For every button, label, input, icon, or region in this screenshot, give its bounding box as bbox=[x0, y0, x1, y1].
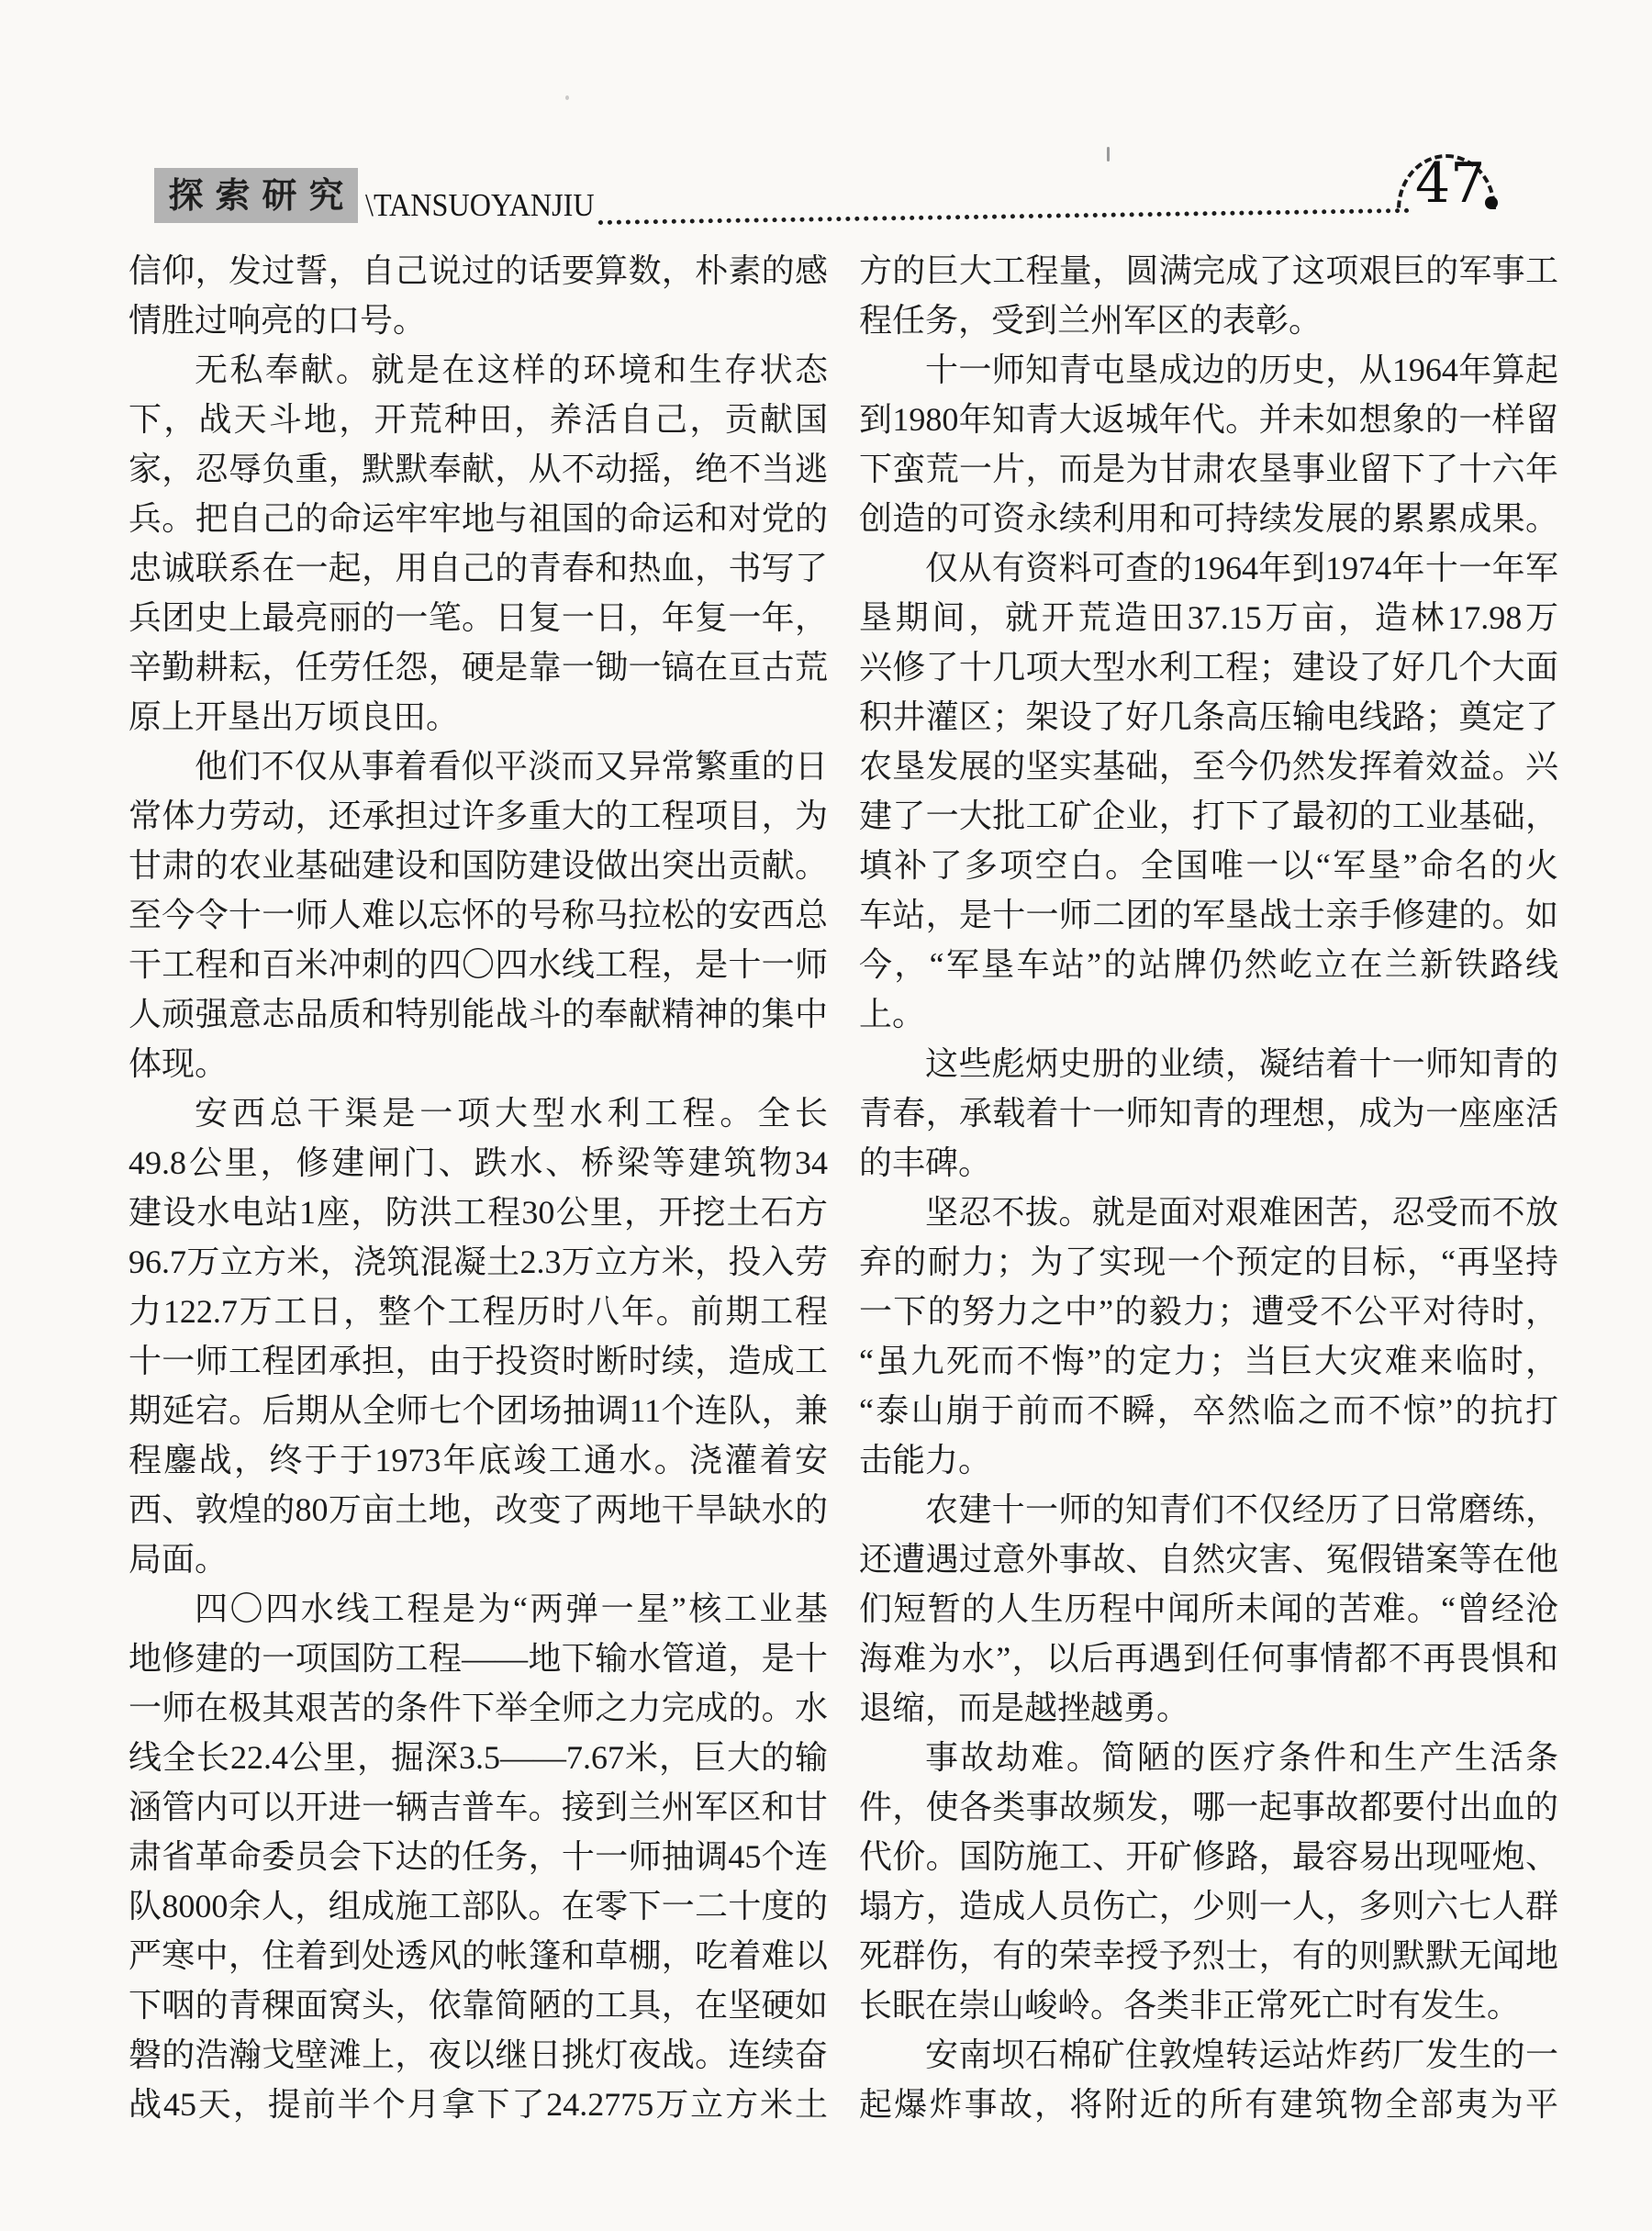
section-romanized: \TANSUOYANJIU bbox=[365, 187, 595, 224]
text-line: 创造的可资永续利用和可持续发展的累累成果。 bbox=[859, 494, 1558, 543]
text-line: 体现。 bbox=[128, 1039, 828, 1088]
text-line: 农垦发展的坚实基础，至今仍然发挥着效益。兴 bbox=[859, 742, 1558, 791]
text-line: 严寒中，住着到处透风的帐篷和草棚，吃着难以 bbox=[128, 1931, 828, 1980]
text-line: 磐的浩瀚戈壁滩上，夜以继日挑灯夜战。连续奋 bbox=[128, 2030, 828, 2080]
text-line: 49.8公里，修建闸门、跌水、桥梁等建筑物34座， bbox=[128, 1138, 828, 1188]
text-line: 到1980年知青大返城年代。并未如想象的一样留 bbox=[859, 395, 1558, 444]
text-line: 安西总干渠是一项大型水利工程。全长 bbox=[128, 1088, 828, 1138]
text-line: 情胜过响亮的口号。 bbox=[128, 296, 828, 345]
text-line: 农建十一师的知青们不仅经历了日常磨练， bbox=[859, 1485, 1558, 1534]
text-line: 干工程和百米冲刺的四〇四水线工程，是十一师 bbox=[128, 940, 828, 989]
text-line: 下，战天斗地，开荒种田，养活自己，贡献国 bbox=[128, 395, 828, 444]
text-line: 线全长22.4公里，掘深3.5——7.67米，巨大的输水 bbox=[128, 1733, 828, 1782]
text-line: 垦期间，就开荒造田37.15万亩，造林17.98万亩； bbox=[859, 593, 1558, 642]
text-line: 十一师工程团承担，由于投资时断时续，造成工 bbox=[128, 1336, 828, 1386]
text-line: 击能力。 bbox=[859, 1435, 1558, 1485]
text-line: 死群伤，有的荣幸授予烈士，有的则默默无闻地 bbox=[859, 1931, 1558, 1980]
text-line: 退缩，而是越挫越勇。 bbox=[859, 1683, 1558, 1733]
text-line: 事故劫难。简陋的医疗条件和生产生活条 bbox=[859, 1733, 1558, 1782]
text-line: 的丰碑。 bbox=[859, 1138, 1558, 1188]
text-line: 方的巨大工程量，圆满完成了这项艰巨的军事工 bbox=[859, 246, 1558, 296]
text-line: 十一师知青屯垦成边的历史，从1964年算起 bbox=[859, 345, 1558, 395]
text-line: 程鏖战，终于于1973年底竣工通水。浇灌着安 bbox=[128, 1435, 828, 1485]
text-line: 仅从有资料可查的1964年到1974年十一年军 bbox=[859, 543, 1558, 593]
text-line: 一下的努力之中”的毅力；遭受不公平对待时， bbox=[859, 1287, 1558, 1336]
text-line: 他们不仅从事着看似平淡而又异常繁重的日 bbox=[128, 742, 828, 791]
text-line: 四〇四水线工程是为“两弹一星”核工业基 bbox=[128, 1584, 828, 1634]
text-line: 坚忍不拔。就是面对艰难困苦，忍受而不放 bbox=[859, 1188, 1558, 1237]
text-line: 们短暂的人生历程中闻所未闻的苦难。“曾经沧 bbox=[859, 1584, 1558, 1634]
page-number-dot-icon bbox=[1485, 196, 1498, 209]
text-line: 常体力劳动，还承担过许多重大的工程项目，为 bbox=[128, 791, 828, 841]
article-right-column: 方的巨大工程量，圆满完成了这项艰巨的军事工程任务，受到兰州军区的表彰。十一师知青… bbox=[859, 246, 1558, 2129]
text-line: 涵管内可以开进一辆吉普车。接到兰州军区和甘 bbox=[128, 1782, 828, 1832]
text-line: 甘肃的农业基础建设和国防建设做出突出贡献。 bbox=[128, 841, 828, 890]
text-line: 这些彪炳史册的业绩，凝结着十一师知青的 bbox=[859, 1039, 1558, 1088]
text-line: 辛勤耕耘，任劳任怨，硬是靠一锄一镐在亘古荒 bbox=[128, 642, 828, 692]
text-line: 人顽强意志品质和特别能战斗的奉献精神的集中 bbox=[128, 989, 828, 1039]
text-line: 兵。把自己的命运牢牢地与祖国的命运和对党的 bbox=[128, 494, 828, 543]
text-line: 安南坝石棉矿住敦煌转运站炸药厂发生的一 bbox=[859, 2030, 1558, 2080]
text-line: 下蛮荒一片，而是为甘肃农垦事业留下了十六年 bbox=[859, 444, 1558, 494]
text-line: 起爆炸事故，将附近的所有建筑物全部夷为平 bbox=[859, 2080, 1558, 2129]
article-left-column: 信仰，发过誓，自己说过的话要算数，朴素的感情胜过响亮的口号。无私奉献。就是在这样… bbox=[128, 246, 828, 2129]
text-line: 家，忍辱负重，默默奉献，从不动摇，绝不当逃 bbox=[128, 444, 828, 494]
scan-speck bbox=[565, 95, 569, 100]
text-line: 件，使各类事故频发，哪一起事故都要付出血的 bbox=[859, 1782, 1558, 1832]
text-line: 上。 bbox=[859, 989, 1558, 1039]
text-line: 今，“军垦车站”的站牌仍然屹立在兰新铁路线 bbox=[859, 940, 1558, 989]
text-line: 肃省革命委员会下达的任务，十一师抽调45个连 bbox=[128, 1832, 828, 1881]
text-line: 海难为水”，以后再遇到任何事情都不再畏惧和 bbox=[859, 1634, 1558, 1683]
text-line: 车站，是十一师二团的军垦战士亲手修建的。如 bbox=[859, 890, 1558, 940]
text-line: 填补了多项空白。全国唯一以“军垦”命名的火 bbox=[859, 841, 1558, 890]
text-line: 96.7万立方米，浇筑混凝土2.3万立方米，投入劳 bbox=[128, 1237, 828, 1287]
text-line: 忠诚联系在一起，用自己的青春和热血，书写了 bbox=[128, 543, 828, 593]
text-line: 建设水电站1座，防洪工程30公里，开挖土石方 bbox=[128, 1188, 828, 1237]
text-line: 期延宕。后期从全师七个团场抽调11个连队，兼 bbox=[128, 1386, 828, 1435]
text-line: 队8000余人，组成施工部队。在零下一二十度的 bbox=[128, 1881, 828, 1931]
text-line: 兴修了十几项大型水利工程；建设了好几个大面 bbox=[859, 642, 1558, 692]
text-line: 无私奉献。就是在这样的环境和生存状态 bbox=[128, 345, 828, 395]
text-line: 至今令十一师人难以忘怀的号称马拉松的安西总 bbox=[128, 890, 828, 940]
text-line: 建了一大批工矿企业，打下了最初的工业基础， bbox=[859, 791, 1558, 841]
text-line: 还遭遇过意外事故、自然灾害、冤假错案等在他 bbox=[859, 1534, 1558, 1584]
text-line: 兵团史上最亮丽的一笔。日复一日，年复一年， bbox=[128, 593, 828, 642]
text-line: 一师在极其艰苦的条件下举全师之力完成的。水 bbox=[128, 1683, 828, 1733]
text-line: 程任务，受到兰州军区的表彰。 bbox=[859, 296, 1558, 345]
text-line: 长眠在崇山峻岭。各类非正常死亡时有发生。 bbox=[859, 1980, 1558, 2030]
section-title: 探索研究 bbox=[168, 177, 355, 216]
text-line: 原上开垦出万顷良田。 bbox=[128, 692, 828, 742]
text-line: 塌方，造成人员伤亡，少则一人，多则六七人群 bbox=[859, 1881, 1558, 1931]
text-line: 弃的耐力；为了实现一个预定的目标，“再坚持 bbox=[859, 1237, 1558, 1287]
text-line: 局面。 bbox=[128, 1534, 828, 1584]
text-line: “泰山崩于前而不瞬，卒然临之而不惊”的抗打 bbox=[859, 1386, 1558, 1435]
dotted-leader-line bbox=[597, 172, 1410, 225]
scan-speck bbox=[1107, 147, 1110, 162]
text-line: 地修建的一项国防工程——地下输水管道，是十 bbox=[128, 1634, 828, 1683]
text-line: 下咽的青稞面窝头，依靠简陋的工具，在坚硬如 bbox=[128, 1980, 828, 2030]
text-line: 代价。国防施工、开矿修路，最容易出现哑炮、 bbox=[859, 1832, 1558, 1881]
page-number-group: 47 bbox=[1390, 145, 1509, 224]
text-line: 战45天，提前半个月拿下了24.2775万立方米土石 bbox=[128, 2080, 828, 2129]
text-line: 信仰，发过誓，自己说过的话要算数，朴素的感 bbox=[128, 246, 828, 296]
text-line: “虽九死而不悔”的定力；当巨大灾难来临时， bbox=[859, 1336, 1558, 1386]
text-line: 积井灌区；架设了好几条高压输电线路；奠定了 bbox=[859, 692, 1558, 742]
page-number: 47 bbox=[1415, 156, 1485, 211]
section-title-box: 探索研究 bbox=[154, 168, 358, 223]
text-line: 西、敦煌的80万亩土地，改变了两地干旱缺水的 bbox=[128, 1485, 828, 1534]
text-line: 青春，承载着十一师知青的理想，成为一座座活 bbox=[859, 1088, 1558, 1138]
text-line: 力122.7万工日，整个工程历时八年。前期工程由 bbox=[128, 1287, 828, 1336]
